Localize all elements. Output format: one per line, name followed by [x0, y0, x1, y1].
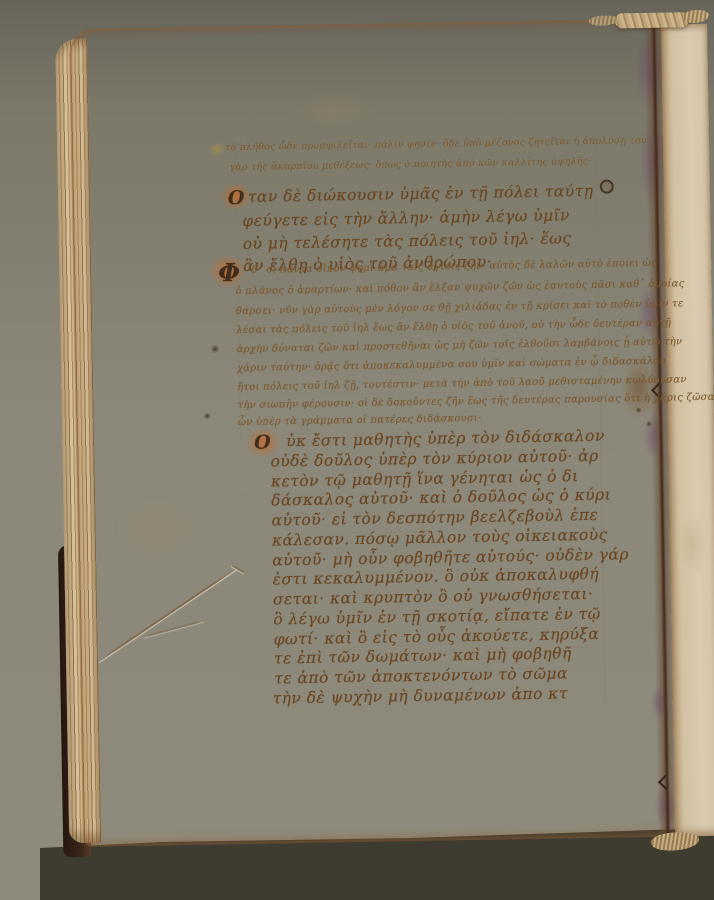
- yellow-spot: [209, 142, 225, 156]
- parchment-stain: [294, 90, 375, 131]
- initial-omicron-1: Ο: [228, 187, 245, 209]
- facing-page-stain: [678, 514, 709, 575]
- tailband-fray: [651, 832, 699, 851]
- headband-fray: [683, 10, 709, 23]
- parchment-stain: [111, 493, 202, 565]
- manuscript-book: Ο Φ Ο τὸ πλῆθος ὧδε προσφιλεῖται· πάλιν …: [0, 0, 714, 900]
- manuscript-photo: { "scene_label": "Parchment codex page w…: [0, 0, 714, 900]
- ink-spot: [204, 413, 211, 420]
- initial-omicron-2: Ο: [254, 432, 271, 454]
- headband-threads: [615, 12, 689, 28]
- initial-phi: Φ: [218, 258, 240, 287]
- ink-spot: [636, 407, 642, 413]
- ink-spot: [210, 344, 219, 353]
